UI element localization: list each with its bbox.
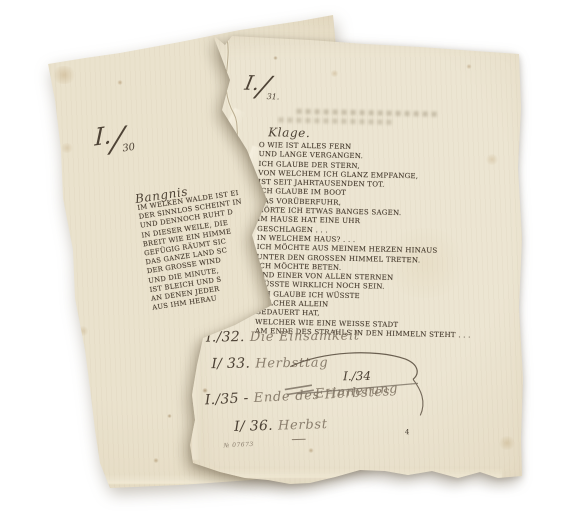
folio-number-back: I./30: [92, 118, 138, 162]
annotation-title: Die Einsamkeit: [250, 328, 360, 345]
annotation-row-33: I/ 33. Herbsttag: [211, 351, 328, 372]
annotation-index: I/ 33.: [211, 356, 250, 373]
blindstamp-line: [297, 109, 437, 117]
photo-of-two-manuscript-pages: I./30 Bangnis IM WELKEN WALDE IST EIDER …: [0, 0, 570, 520]
annotation-row-36: I/ 36. Herbst: [234, 413, 328, 435]
front-page-paper: I./31. Klage. O WIE IST ALLES FERNUND LA…: [180, 28, 542, 498]
annotation-title: Herbst: [278, 417, 328, 434]
annotation-index: I./35 -: [204, 390, 249, 408]
annotation-index: I./32.: [206, 329, 245, 346]
blindstamp-line: [278, 117, 393, 124]
front-page-klage: I./31. Klage. O WIE IST ALLES FERNUND LA…: [180, 28, 542, 498]
foxing-spot: [238, 256, 250, 265]
annotation-row-35: I./35 - Ende des Herbstes: [204, 380, 390, 408]
klage-poem: O WIE IST ALLES FERNUND LANGE VERGANGEN.…: [255, 141, 475, 341]
page-number: 4: [405, 428, 410, 436]
annotation-title: Ende des Herbstes: [253, 384, 390, 406]
annotation-row-32: I./32. Die Einsamkeit: [206, 324, 360, 345]
annotation-title: Herbsttag: [255, 355, 328, 371]
poem-title-klage: Klage.: [268, 125, 310, 140]
folio-roman: I.: [94, 121, 112, 152]
front-page-content: I./31. Klage. O WIE IST ALLES FERNUND LA…: [173, 26, 545, 503]
folio-num: 30: [122, 142, 136, 155]
folio-num: 31.: [267, 92, 280, 101]
folio-number-front: I./31.: [245, 70, 282, 104]
pencil-dash-mark: [292, 439, 306, 441]
annotation-index: I/ 36.: [234, 418, 273, 435]
inventory-number: № 07673: [223, 441, 253, 449]
